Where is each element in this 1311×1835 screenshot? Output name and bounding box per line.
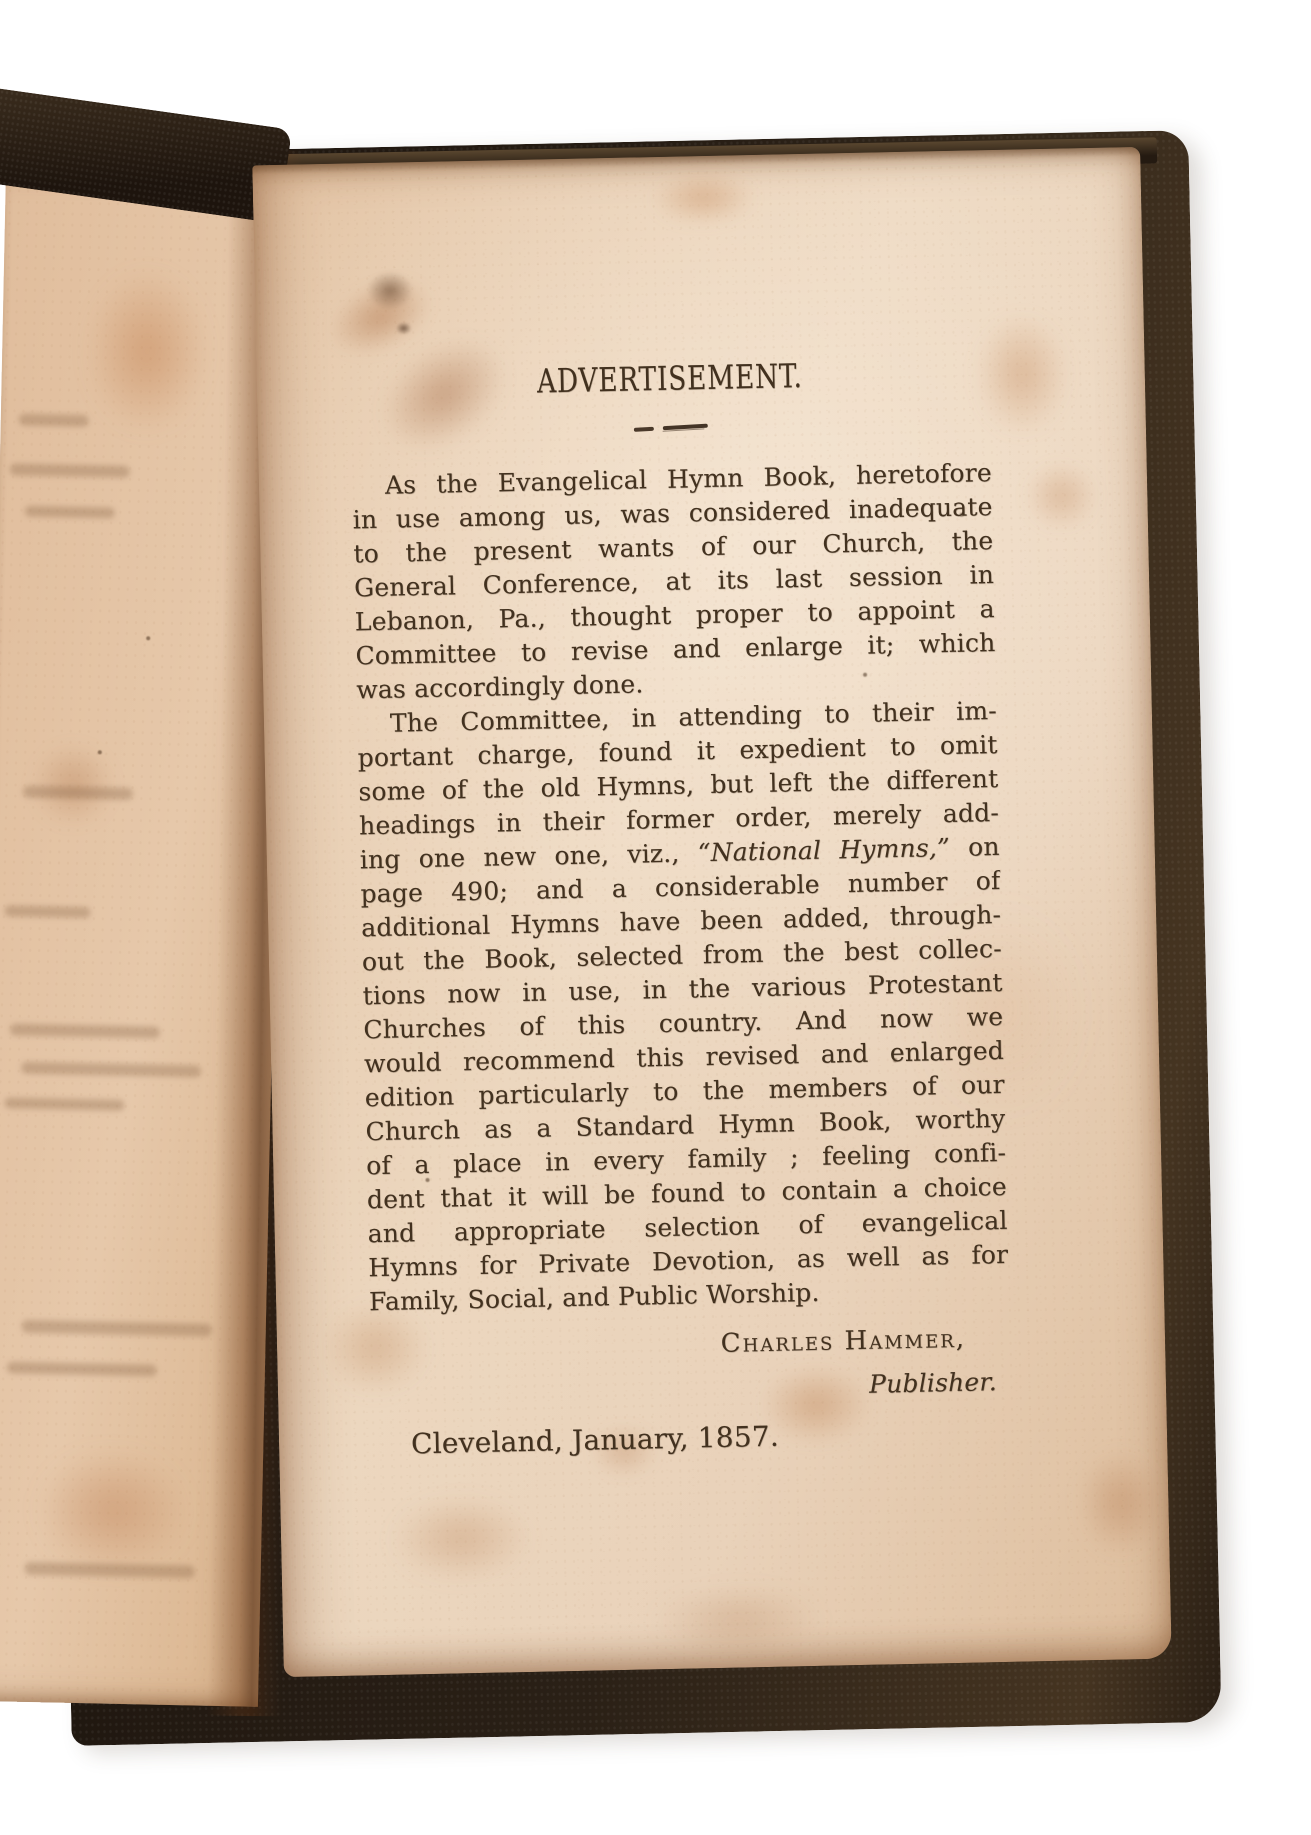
page-title: ADVERTISEMENT. <box>349 352 990 405</box>
stain <box>60 234 235 468</box>
stain <box>1059 1426 1182 1578</box>
ghost-text-line <box>25 1562 195 1579</box>
divider-dash <box>663 424 708 431</box>
ghost-text-line <box>23 786 133 800</box>
ghost-text-line <box>10 463 130 478</box>
stain <box>630 161 776 236</box>
divider-dash <box>634 427 654 432</box>
ghost-text-line <box>21 1062 201 1078</box>
ghost-text-line <box>10 1023 160 1038</box>
photo-of-antique-book: ADVERTISEMENT. As the Evangelical Hymn B… <box>0 0 1311 1835</box>
page-title-text: ADVERTISEMENT. <box>537 356 803 402</box>
stain <box>12 723 134 845</box>
ghost-text-line <box>25 506 115 519</box>
speck <box>98 750 102 754</box>
ghost-text-line <box>22 1320 212 1337</box>
advertisement-page: ADVERTISEMENT. As the Evangelical Hymn B… <box>252 147 1171 1677</box>
divider-ornament <box>634 423 708 433</box>
body-lines: As the Evangelical Hymn Book, heretofore… <box>352 456 1010 1319</box>
ghost-text-line <box>19 414 89 427</box>
stain <box>365 1479 557 1598</box>
stain <box>1010 448 1112 545</box>
stain <box>358 264 421 317</box>
dateline: Cleveland, January, 1857. <box>372 1412 1013 1465</box>
stain <box>622 1573 854 1668</box>
stain <box>394 320 414 336</box>
ghost-text-line <box>7 1361 157 1376</box>
printed-text: ADVERTISEMENT. As the Evangelical Hymn B… <box>349 352 1012 1465</box>
ghost-text-line <box>4 905 90 918</box>
speck <box>146 636 150 640</box>
signature-name: Charles Hammer, <box>370 1318 1011 1371</box>
ghost-text-line <box>4 1097 124 1111</box>
signature-role: Publisher. <box>371 1364 1012 1413</box>
